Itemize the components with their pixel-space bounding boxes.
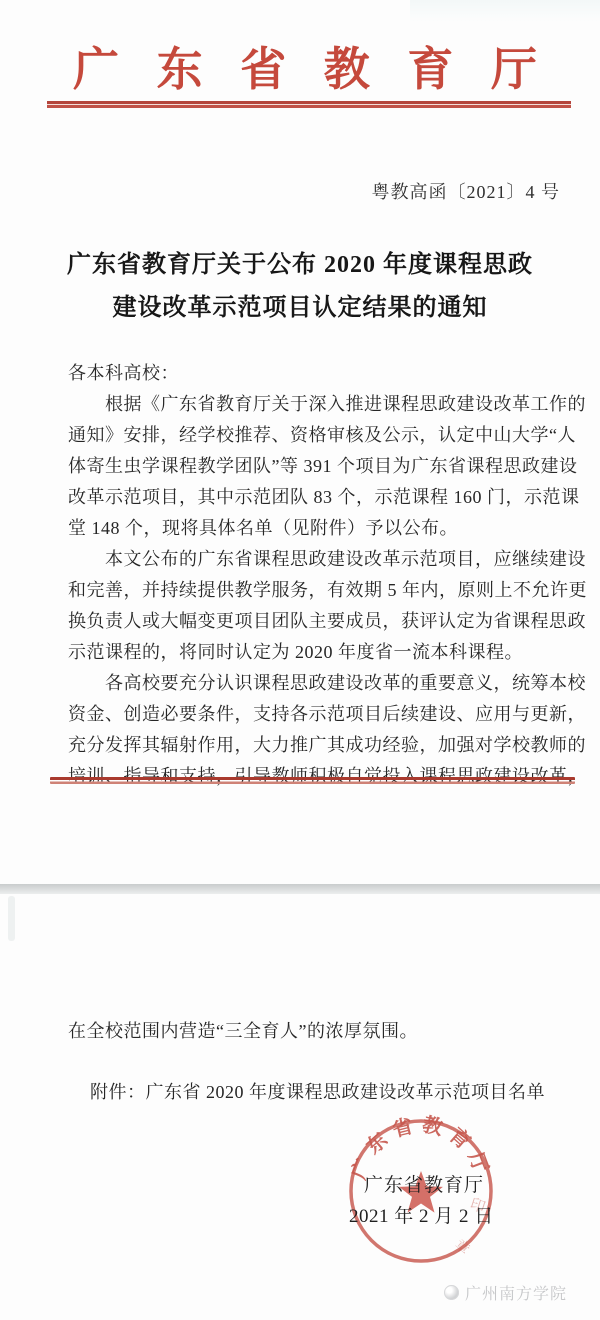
page-break-band	[0, 884, 600, 894]
body-line: 体寄生虫学课程教学团队”等 391 个项目为广东省课程思政建设	[68, 451, 573, 482]
page2-continuation-line: 在全校范围内营造“三全育人”的浓厚氛围。	[68, 1016, 573, 1047]
letterhead-agency-name: 广东省教育厅	[73, 38, 537, 94]
body-line: 改革示范项目，其中示范团队 83 个，示范课程 160 门，示范课	[68, 482, 573, 513]
doc-title: 广东省教育厅关于公布 2020 年度课程思政 建设改革示范项目认定结果的通知	[0, 244, 600, 330]
letterhead-char: 教	[324, 33, 370, 99]
attachment-line: 附件：广东省 2020 年度课程思政建设改革示范项目名单	[90, 1077, 590, 1108]
letterhead-char: 东	[157, 33, 203, 99]
body-line: 根据《广东省教育厅关于深入推进课程思政建设改革工作的	[68, 389, 573, 420]
scan-edge-smudge	[8, 896, 15, 941]
letterhead-char: 厅	[491, 33, 537, 99]
school-logo-icon	[444, 1285, 459, 1300]
body-line: 资金、创造必要条件，支持各示范项目后续建设、应用与更新，	[68, 699, 573, 730]
signature-agency: 广东省教育厅	[364, 1170, 484, 1197]
body-line: 本文公布的广东省课程思政建设改革示范项目，应继续建设	[68, 544, 573, 575]
red-underline-annotation	[50, 777, 575, 784]
body-line: 各本科高校：	[68, 358, 573, 389]
document-photo: 广东省教育厅 粤教高函〔2021〕4 号 广东省教育厅关于公布 2020 年度课…	[0, 0, 600, 1320]
body-line: 各高校要充分认识课程思政建设改革的重要意义，统筹本校	[68, 668, 573, 699]
body-line: 和完善，并持续提供教学服务，有效期 5 年内，原则上不允许更	[68, 575, 573, 606]
publisher-watermark: 广州南方学院	[444, 1281, 567, 1304]
body-text: 各本科高校：根据《广东省教育厅关于深入推进课程思政建设改革工作的通知》安排，经学…	[68, 358, 573, 792]
body-line: 堂 148 个，现将具体名单（见附件）予以公布。	[68, 513, 573, 544]
body-line: 换负责人或大幅变更项目团队主要成员，获评认定为省课程思政	[68, 606, 573, 637]
doc-number: 粤教高函〔2021〕4 号	[372, 178, 561, 204]
signature-date: 2021 年 2 月 2 日	[349, 1201, 494, 1228]
body-line: 通知》安排，经学校推荐、资格审核及公示，认定中山大学“人	[68, 420, 573, 451]
body-line: 充分发挥其辐射作用，大力推广其成功经验，加强对学校教师的	[68, 730, 573, 761]
photo-tint	[410, 0, 600, 22]
letterhead-rule	[47, 101, 571, 108]
doc-title-line2: 建设改革示范项目认定结果的通知	[0, 287, 600, 330]
publisher-name: 广州南方学院	[465, 1281, 567, 1304]
letterhead-char: 育	[407, 33, 453, 99]
letterhead-char: 省	[240, 33, 286, 99]
body-line: 示范课程的，将同时认定为 2020 年度省一流本科课程。	[68, 637, 573, 668]
letterhead-char: 广	[73, 33, 119, 99]
doc-title-line1: 广东省教育厅关于公布 2020 年度课程思政	[0, 244, 600, 287]
